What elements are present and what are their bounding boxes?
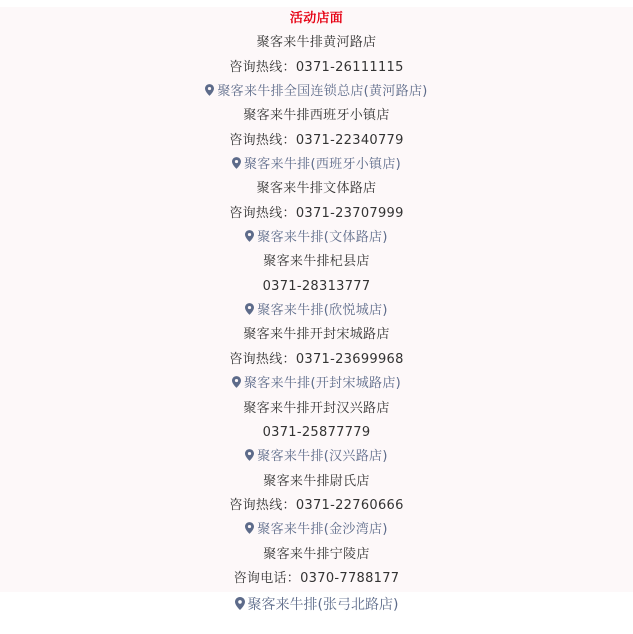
store-location-link[interactable]: 聚客来牛排(西班牙小镇店) <box>232 157 401 172</box>
store-phone: 0371-25877779 <box>0 421 633 445</box>
store-location-link[interactable]: 聚客来牛排(开封宋城路店) <box>232 376 401 391</box>
store-location-link[interactable]: 聚客来牛排(汉兴路店) <box>245 449 387 464</box>
store-location-label: 聚客来牛排(西班牙小镇店) <box>244 157 401 172</box>
store-name: 聚客来牛排宁陵店 <box>0 543 633 567</box>
map-pin-icon <box>235 597 245 610</box>
map-pin-icon <box>232 157 241 169</box>
store-location-link[interactable]: 聚客来牛排(文体路店) <box>245 230 387 245</box>
store-phone: 咨询热线：0371-22760666 <box>0 494 633 518</box>
store-location-label: 聚客来牛排(欣悦城店) <box>257 303 387 318</box>
store-location-link[interactable]: 聚客来牛排(金沙湾店) <box>245 522 387 537</box>
store-name: 聚客来牛排文体路店 <box>0 177 633 201</box>
store-name: 聚客来牛排开封汉兴路店 <box>0 397 633 421</box>
store-phone: 咨询热线：0371-26111115 <box>0 56 633 80</box>
map-pin-icon <box>245 522 254 534</box>
store-phone: 咨询电话：0370-7788177 <box>0 567 633 591</box>
store-location-link[interactable]: 聚客来牛排(欣悦城店) <box>245 303 387 318</box>
store-location-label: 聚客来牛排(文体路店) <box>257 230 387 245</box>
store-location: 聚客来牛排(开封宋城路店) <box>0 372 633 396</box>
store-location-link[interactable]: 聚客来牛排全国连锁总店(黄河路店) <box>205 84 427 99</box>
store-location-label: 聚客来牛排全国连锁总店(黄河路店) <box>217 84 427 99</box>
store-location: 聚客来牛排(汉兴路店) <box>0 445 633 469</box>
store-location: 聚客来牛排(金沙湾店) <box>0 518 633 542</box>
store-list: 活动店面 聚客来牛排黄河路店 咨询热线：0371-26111115 聚客来牛排全… <box>0 7 633 591</box>
map-pin-icon <box>205 84 214 96</box>
store-name: 聚客来牛排尉氏店 <box>0 470 633 494</box>
map-pin-icon <box>245 449 254 461</box>
store-phone: 咨询热线：0371-23699968 <box>0 348 633 372</box>
store-location: 聚客来牛排(西班牙小镇店) <box>0 153 633 177</box>
store-location-label: 聚客来牛排(张弓北路店) <box>248 597 399 613</box>
store-location: 聚客来牛排全国连锁总店(黄河路店) <box>0 80 633 104</box>
store-name: 聚客来牛排西班牙小镇店 <box>0 104 633 128</box>
store-phone: 0371-28313777 <box>0 275 633 299</box>
map-pin-icon <box>245 303 254 315</box>
store-location-label: 聚客来牛排(开封宋城路店) <box>244 376 401 391</box>
store-name: 聚客来牛排杞县店 <box>0 250 633 274</box>
store-name: 聚客来牛排黄河路店 <box>0 31 633 55</box>
store-location-label: 聚客来牛排(金沙湾店) <box>257 522 387 537</box>
store-location: 聚客来牛排(欣悦城店) <box>0 299 633 323</box>
store-phone: 咨询热线：0371-22340779 <box>0 129 633 153</box>
store-phone: 咨询热线：0371-23707999 <box>0 202 633 226</box>
section-title: 活动店面 <box>0 7 633 31</box>
store-name: 聚客来牛排开封宋城路店 <box>0 323 633 347</box>
map-pin-icon <box>232 376 241 388</box>
store-location: 聚客来牛排(文体路店) <box>0 226 633 250</box>
store-location-label: 聚客来牛排(汉兴路店) <box>257 449 387 464</box>
store-location: 聚客来牛排(张弓北路店) <box>0 592 633 618</box>
store-location-link[interactable]: 聚客来牛排(张弓北路店) <box>235 597 399 613</box>
map-pin-icon <box>245 230 254 242</box>
